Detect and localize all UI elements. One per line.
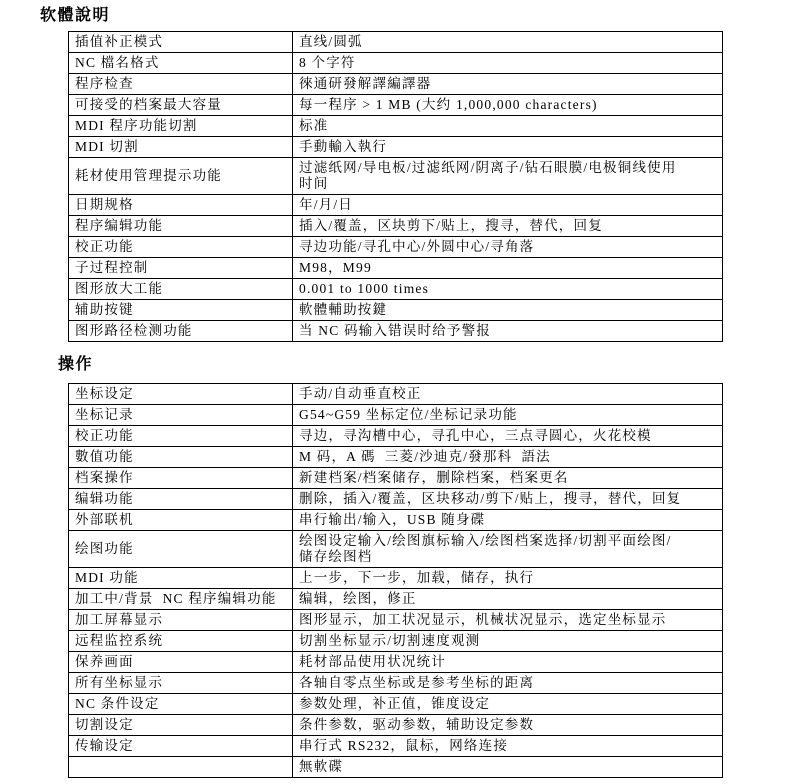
section-software-description: 软體說明 插值补正模式直线/圆弧NC 檔名格式8 个字符程序检查徠通研發解譯編譯… — [0, 0, 793, 342]
table-row: 图形放大工能0.001 to 1000 times — [69, 279, 723, 300]
table-row: MDI 功能上一步，下一步，加载，储存，执行 — [69, 568, 723, 589]
spec-value-cell: 插入/覆盖，区块剪下/贴上，搜寻，替代，回复 — [293, 216, 723, 237]
spec-label-cell: 程序检查 — [69, 74, 293, 95]
spec-label-cell: 图形放大工能 — [69, 279, 293, 300]
spec-value-cell: 0.001 to 1000 times — [293, 279, 723, 300]
table-row: 無軟碟 — [69, 757, 723, 778]
spec-label-cell: 传输设定 — [69, 736, 293, 757]
table-row: 绘图功能绘图设定输入/绘图旗标输入/绘图档案选择/切割平面绘图/ 储存绘图档 — [69, 531, 723, 568]
spec-value-cell: 图形显示，加工状况显示，机械状况显示，选定坐标显示 — [293, 610, 723, 631]
table-row: 档案操作新建档案/档案储存，删除档案，档案更名 — [69, 468, 723, 489]
spec-value-cell: M98，M99 — [293, 258, 723, 279]
spec-label-cell: 档案操作 — [69, 468, 293, 489]
table-row: NC 檔名格式8 个字符 — [69, 53, 723, 74]
table-row: 加工中/背景 NC 程序编辑功能编辑，绘图，修正 — [69, 589, 723, 610]
spec-value-cell: 串行式 RS232，鼠标，网络连接 — [293, 736, 723, 757]
spec-value-cell: 寻边，寻沟槽中心，寻孔中心，三点寻圆心，火花校模 — [293, 426, 723, 447]
table-row: 校正功能寻边，寻沟槽中心，寻孔中心，三点寻圆心，火花校模 — [69, 426, 723, 447]
table-row: 坐标记录G54~G59 坐标定位/坐标记录功能 — [69, 405, 723, 426]
table-row: 可接受的档案最大容量每一程序 > 1 MB (大约 1,000,000 char… — [69, 95, 723, 116]
table-row: 日期规格年/月/日 — [69, 195, 723, 216]
spec-value-cell: 上一步，下一步，加载，储存，执行 — [293, 568, 723, 589]
spec-label-cell: 校正功能 — [69, 237, 293, 258]
spec-label-cell: 插值补正模式 — [69, 32, 293, 53]
spec-value-cell: 串行输出/输入，USB 随身碟 — [293, 510, 723, 531]
spec-label-cell: NC 条件设定 — [69, 694, 293, 715]
spec-label-cell: 坐标记录 — [69, 405, 293, 426]
spec-label-cell: 辅助按键 — [69, 300, 293, 321]
spec-value-cell: 徠通研發解譯編譯器 — [293, 74, 723, 95]
spec-label-cell: 所有坐标显示 — [69, 673, 293, 694]
spec-value-cell: 新建档案/档案储存，删除档案，档案更名 — [293, 468, 723, 489]
spec-value-cell: 编辑，绘图，修正 — [293, 589, 723, 610]
software-spec-table: 插值补正模式直线/圆弧NC 檔名格式8 个字符程序检查徠通研發解譯編譯器可接受的… — [68, 31, 723, 342]
spec-label-cell: 可接受的档案最大容量 — [69, 95, 293, 116]
spec-value-cell: 切割坐标显示/切割速度观测 — [293, 631, 723, 652]
table-row: 數值功能M 码，A 碼 三菱/沙迪克/發那科 語法 — [69, 447, 723, 468]
table-row: 保养画面耗材部品使用状况统计 — [69, 652, 723, 673]
spec-label-cell: 數值功能 — [69, 447, 293, 468]
spec-label-cell: 外部联机 — [69, 510, 293, 531]
spec-label-cell: 校正功能 — [69, 426, 293, 447]
spec-label-cell: 绘图功能 — [69, 531, 293, 568]
table-row: 图形路径检测功能当 NC 码输入错误时给予警报 — [69, 321, 723, 342]
table-row: NC 条件设定参数处理，补正值，锥度设定 — [69, 694, 723, 715]
spec-label-cell: 日期规格 — [69, 195, 293, 216]
spec-label-cell: 远程监控系统 — [69, 631, 293, 652]
table-row: 所有坐标显示各轴自零点坐标或是参考坐标的距离 — [69, 673, 723, 694]
document-page: 软體說明 插值补正模式直线/圆弧NC 檔名格式8 个字符程序检查徠通研發解譯編譯… — [0, 0, 793, 784]
spec-value-cell: 条件参数，驱动参数，辅助设定参数 — [293, 715, 723, 736]
spec-value-cell: 过滤纸网/导电板/过滤纸网/阴离子/钻石眼膜/电极铜线使用 时间 — [293, 158, 723, 195]
spec-label-cell: 保养画面 — [69, 652, 293, 673]
spec-label-cell: MDI 切割 — [69, 137, 293, 158]
table-row: 插值补正模式直线/圆弧 — [69, 32, 723, 53]
section-title-operation: 操作 — [0, 342, 793, 383]
spec-label-cell: 坐标设定 — [69, 384, 293, 405]
spec-value-cell: 寻边功能/寻孔中心/外圆中心/寻角落 — [293, 237, 723, 258]
spec-value-cell: M 码，A 碼 三菱/沙迪克/發那科 語法 — [293, 447, 723, 468]
spec-value-cell: 耗材部品使用状况统计 — [293, 652, 723, 673]
spec-value-cell: 直线/圆弧 — [293, 32, 723, 53]
table-row: 子过程控制M98，M99 — [69, 258, 723, 279]
spec-value-cell: G54~G59 坐标定位/坐标记录功能 — [293, 405, 723, 426]
table-row: 程序编辑功能插入/覆盖，区块剪下/贴上，搜寻，替代，回复 — [69, 216, 723, 237]
spec-label-cell: NC 檔名格式 — [69, 53, 293, 74]
spec-value-cell: 每一程序 > 1 MB (大约 1,000,000 characters) — [293, 95, 723, 116]
spec-value-cell: 各轴自零点坐标或是参考坐标的距离 — [293, 673, 723, 694]
spec-value-cell: 绘图设定输入/绘图旗标输入/绘图档案选择/切割平面绘图/ 储存绘图档 — [293, 531, 723, 568]
spec-label-cell: 加工中/背景 NC 程序编辑功能 — [69, 589, 293, 610]
spec-value-cell: 手动/自动垂直校正 — [293, 384, 723, 405]
table-row: 耗材使用管理提示功能过滤纸网/导电板/过滤纸网/阴离子/钻石眼膜/电极铜线使用 … — [69, 158, 723, 195]
spec-label-cell: 程序编辑功能 — [69, 216, 293, 237]
table-row: 切割设定条件参数，驱动参数，辅助设定参数 — [69, 715, 723, 736]
table-row: 编辑功能删除，插入/覆盖，区块移动/剪下/贴上，搜寻，替代，回复 — [69, 489, 723, 510]
spec-value-cell: 当 NC 码输入错误时给予警报 — [293, 321, 723, 342]
spec-label-cell: 切割设定 — [69, 715, 293, 736]
spec-value-cell: 标准 — [293, 116, 723, 137]
spec-value-cell: 軟體輔助按鍵 — [293, 300, 723, 321]
table-row: 程序检查徠通研發解譯編譯器 — [69, 74, 723, 95]
spec-value-cell: 無軟碟 — [293, 757, 723, 778]
table-row: 加工屏幕显示图形显示，加工状况显示，机械状况显示，选定坐标显示 — [69, 610, 723, 631]
table-row: 外部联机串行输出/输入，USB 随身碟 — [69, 510, 723, 531]
spec-label-cell: 图形路径检测功能 — [69, 321, 293, 342]
spec-value-cell: 删除，插入/覆盖，区块移动/剪下/贴上，搜寻，替代，回复 — [293, 489, 723, 510]
software-spec-table-body: 插值补正模式直线/圆弧NC 檔名格式8 个字符程序检查徠通研發解譯編譯器可接受的… — [69, 32, 723, 342]
spec-label-cell: MDI 功能 — [69, 568, 293, 589]
table-row: MDI 程序功能切割标准 — [69, 116, 723, 137]
table-row: 坐标设定手动/自动垂直校正 — [69, 384, 723, 405]
table-row: 传输设定串行式 RS232，鼠标，网络连接 — [69, 736, 723, 757]
table-row: 辅助按键軟體輔助按鍵 — [69, 300, 723, 321]
spec-label-cell: 编辑功能 — [69, 489, 293, 510]
section-operation: 操作 坐标设定手动/自动垂直校正坐标记录G54~G59 坐标定位/坐标记录功能校… — [0, 342, 793, 778]
spec-label-cell: 子过程控制 — [69, 258, 293, 279]
spec-label-cell: MDI 程序功能切割 — [69, 116, 293, 137]
table-row: 校正功能寻边功能/寻孔中心/外圆中心/寻角落 — [69, 237, 723, 258]
spec-value-cell: 参数处理，补正值，锥度设定 — [293, 694, 723, 715]
operation-spec-table-body: 坐标设定手动/自动垂直校正坐标记录G54~G59 坐标定位/坐标记录功能校正功能… — [69, 384, 723, 778]
operation-spec-table: 坐标设定手动/自动垂直校正坐标记录G54~G59 坐标定位/坐标记录功能校正功能… — [68, 383, 723, 778]
spec-label-cell: 耗材使用管理提示功能 — [69, 158, 293, 195]
spec-value-cell: 手動輸入執行 — [293, 137, 723, 158]
spec-value-cell: 年/月/日 — [293, 195, 723, 216]
spec-label-cell: 加工屏幕显示 — [69, 610, 293, 631]
spec-value-cell: 8 个字符 — [293, 53, 723, 74]
section-title-software-description: 软體說明 — [0, 0, 793, 31]
spec-label-cell — [69, 757, 293, 778]
table-row: 远程监控系统切割坐标显示/切割速度观测 — [69, 631, 723, 652]
table-row: MDI 切割手動輸入執行 — [69, 137, 723, 158]
